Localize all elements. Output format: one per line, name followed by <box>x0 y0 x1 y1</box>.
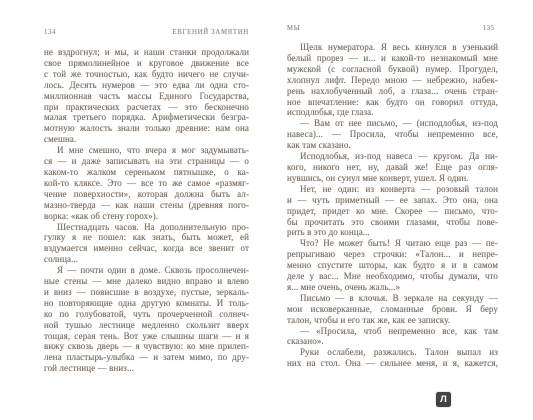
text-line: кой-то кляксе. Это — все то же самое «ра… <box>44 178 249 189</box>
text-line: мотную жалость знали только древние: нам… <box>44 123 249 134</box>
text-line: ко по голубоватой, чуть прочерченной сол… <box>44 309 249 320</box>
text-line: мои исковерканные, сломанные брови. Я бе… <box>287 304 498 315</box>
text-line: при практических расчетах — это бесконеч… <box>44 102 249 113</box>
text-line: репрыгиваю через строчки: «Талон... и не… <box>287 249 498 260</box>
labirint-logo-letter: Л <box>440 394 447 405</box>
text-line: солнца... <box>44 254 249 265</box>
text-line: Письмо — в клочья. В зеркале на секунду … <box>287 293 498 304</box>
right-running-head-title: МЫ <box>287 25 300 32</box>
text-line: миллионная часть массы Единого Государст… <box>44 91 249 102</box>
text-line: вздумается именно сейчас, когда все звен… <box>44 243 249 254</box>
labirint-logo-icon: Л <box>436 392 451 407</box>
text-line: ворка: «как об стену горох»). <box>44 211 249 222</box>
text-line: — «Просила, чтоб непременно все, как там <box>287 326 498 337</box>
text-line: я... мне очень, очень жаль...» <box>287 282 498 293</box>
text-line: — Вам от нее письмо, — (исподлобья, из-п… <box>287 118 498 129</box>
text-line: но повторяющие одна другую комнаты. И то… <box>44 298 249 309</box>
text-line: смешна. <box>44 134 249 145</box>
text-line: мазно-тверда — как наши стены (древняя п… <box>44 200 249 211</box>
text-line: Я — почти один в доме. Сквозь просолнече… <box>44 265 249 276</box>
text-line: них на стол. Она — сильнее меня, и я, ка… <box>287 358 498 369</box>
text-line: талон, чтобы и его так же, как ее записк… <box>287 315 498 326</box>
text-line: чение поверхности», которая должна быть … <box>44 189 249 200</box>
text-line: и — чуть приметный — ее запах. Это она, … <box>287 195 498 206</box>
text-line: Нет, не один: из конверта — розовый тало… <box>287 184 498 195</box>
text-line: Шестнадцать часов. На дополнительную про… <box>44 222 249 233</box>
text-line: Что? Не может быть! Я читаю еще раз — пе… <box>287 238 498 249</box>
text-line: лена пластырь-улыбка — и затем мимо, по … <box>44 352 249 363</box>
text-line: деле у вас... Мне необходимо, чтобы дума… <box>287 271 498 282</box>
left-running-head-title: ЕВГЕНИЙ ЗАМЯТИН <box>172 29 249 36</box>
text-line: малая третьего порядка. Арифметически бе… <box>44 112 249 123</box>
text-line: свое прямолинейное и круговое движение в… <box>44 58 249 69</box>
text-line: мужской (с согласной буквой) нумер. Прог… <box>287 64 498 75</box>
text-line: тощая, серая тень. Вот уже слышны шаги —… <box>44 331 249 342</box>
right-page-number: 135 <box>483 25 495 32</box>
text-line: сказано». <box>287 336 498 347</box>
text-line: белый прорез — и... и какой-то незнакомы… <box>287 53 498 64</box>
text-line: рить в это до конца... <box>287 227 498 238</box>
text-line: ное впечатление: как будто он говорил от… <box>287 97 498 108</box>
text-line: как там сказано. <box>287 140 498 151</box>
left-running-head: 134 ЕВГЕНИЙ ЗАМЯТИН <box>44 29 249 36</box>
text-line: И мне смешно, что вчера я мог задумывать… <box>44 145 249 156</box>
text-line: хлопнул лифт. Передо мною — небрежно, на… <box>287 75 498 86</box>
text-line: ся — и даже записывать на эти страницы —… <box>44 156 249 167</box>
text-line: ные стены — мне далеко видно вправо и вл… <box>44 276 249 287</box>
text-line: рень нахлобученный лоб, а глаза... очень… <box>287 86 498 97</box>
book-spread-photo: 134 ЕВГЕНИЙ ЗАМЯТИН не вздрогнул; и мы, … <box>0 0 533 420</box>
text-line: Руки ослабели, разжались. Талон выпал из <box>287 347 498 358</box>
text-line: нувшись, он сунул мне конверт, ушел. Я о… <box>287 173 498 184</box>
text-line: менно спустите шторы, как будто я и в са… <box>287 260 498 271</box>
text-line: каком-то жалком сереньком пятнышке, о ка… <box>44 167 249 178</box>
text-line: придет, придет ко мне. Скорее — письмо, … <box>287 206 498 217</box>
text-line: бы прочитать это своими глазами, чтобы п… <box>287 217 498 228</box>
right-running-head: МЫ 135 <box>287 25 495 32</box>
text-line: не вздрогнул; и мы, и наши станки продол… <box>44 47 249 58</box>
text-line: с той же точностью, как будто ничего не … <box>44 69 249 80</box>
text-line: и вниз — повисшие в воздухе, пустые, зер… <box>44 287 249 298</box>
text-line: гой лестнице — вниз... <box>44 363 249 374</box>
text-line: Щелк нумератора. Я весь кинулся в узеньк… <box>287 42 498 53</box>
text-line: ной тушью лестнице медленно скользит вве… <box>44 320 249 331</box>
text-line: исподлобья, где глаза. <box>287 107 498 118</box>
text-line: навеса)... — Просила, чтобы непременно в… <box>287 129 498 140</box>
left-page-text: не вздрогнул; и мы, и наши станки продол… <box>44 47 249 374</box>
text-line: гулку я не пошел: как знать, быть может,… <box>44 232 249 243</box>
text-line: Исподлобья, из-под навеса — кругом. Да н… <box>287 151 498 162</box>
right-page-text: Щелк нумератора. Я весь кинулся в узеньк… <box>287 42 498 369</box>
left-page-number: 134 <box>44 29 56 36</box>
text-line: вижу сквозь дверь — я чувствую: ко мне п… <box>44 341 249 352</box>
text-line: лось. Десять нумеров — это едва ли одна … <box>44 80 249 91</box>
text-line: кого, никого нет, ну, давай же! Еще раз … <box>287 162 498 173</box>
